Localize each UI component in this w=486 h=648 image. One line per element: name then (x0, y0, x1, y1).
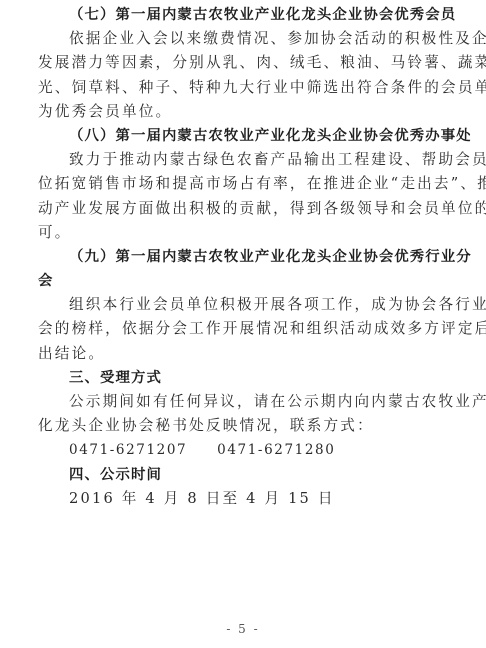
paragraph-line: 组织本行业会员单位积极开展各项工作，成为协会各行业分 (38, 293, 448, 317)
date-range: 2016 年 4 月 8 日至 4 月 15 日 (38, 487, 448, 511)
paragraph-line: 发展潜力等因素，分别从乳、肉、绒毛、粮油、马铃薯、蔬菜观 (38, 51, 448, 75)
section-heading-9-cont: 会 (38, 269, 448, 293)
paragraph-line: 会的榜样，依据分会工作开展情况和组织活动成效多方评定后得 (38, 317, 448, 341)
paragraph-line: 位拓宽销售市场和提高市场占有率，在推进企业“走出去”、推 (38, 172, 448, 196)
paragraph-line: 依据企业入会以来缴费情况、参加协会活动的积极性及企业 (38, 27, 448, 51)
document-body: （七）第一届内蒙古农牧业产业化龙头企业协会优秀会员 依据企业入会以来缴费情况、参… (38, 3, 448, 511)
section-heading-8: （八）第一届内蒙古农牧业产业化龙头企业协会优秀办事处 (38, 124, 448, 148)
paragraph-line: 可。 (38, 221, 448, 245)
paragraph-line: 致力于推动内蒙古绿色农畜产品输出工程建设、帮助会员单 (38, 148, 448, 172)
phone-number: 0471-6271280 (217, 442, 335, 458)
acceptance-heading: 三、受理方式 (38, 366, 448, 390)
paragraph-line: 出结论。 (38, 342, 448, 366)
paragraph-line: 光、饲草料、种子、特种九大行业中筛选出符合条件的会员单位 (38, 76, 448, 100)
paragraph-line: 公示期间如有任何异议，请在公示期内向内蒙古农牧业产业 (38, 390, 448, 414)
document-page: （七）第一届内蒙古农牧业产业化龙头企业协会优秀会员 依据企业入会以来缴费情况、参… (0, 0, 486, 648)
phone-number: 0471-6271207 (69, 442, 187, 458)
paragraph-line: 动产业发展方面做出积极的贡献，得到各级领导和会员单位的认 (38, 197, 448, 221)
contact-phones: 0471-6271207 0471-6271280 (38, 438, 448, 462)
paragraph-line: 为优秀会员单位。 (38, 100, 448, 124)
page-number: - 5 - (0, 622, 486, 636)
section-heading-7: （七）第一届内蒙古农牧业产业化龙头企业协会优秀会员 (38, 3, 448, 27)
paragraph-line: 化龙头企业协会秘书处反映情况，联系方式： (38, 414, 448, 438)
period-heading: 四、公示时间 (38, 463, 448, 487)
section-heading-9: （九）第一届内蒙古农牧业产业化龙头企业协会优秀行业分 (38, 245, 448, 269)
